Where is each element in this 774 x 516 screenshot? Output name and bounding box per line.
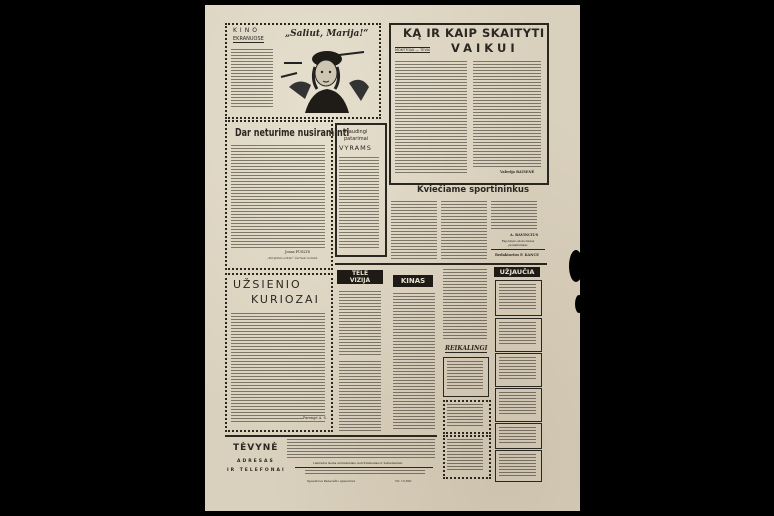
masthead-print-info-text (305, 470, 425, 476)
kino-illustration (279, 43, 373, 113)
tips-title-line3: VYRAMS (339, 144, 372, 152)
condolence-notice-6-text (499, 454, 536, 476)
kino-section-label: KINO (233, 27, 260, 34)
condolence-notice-1-text (499, 284, 536, 310)
reading-kicker: MOKYTOJAI — TĖVAI (395, 47, 430, 53)
kino-body-text (231, 49, 273, 109)
sports-title: Kviečiame sportininkus (417, 185, 529, 195)
tv-program-day2 (339, 361, 381, 433)
masthead-divider (295, 467, 433, 468)
tv-program-day1 (339, 291, 381, 355)
calm-author: Jonas PUSLYS (285, 250, 310, 254)
sports-author-role: Rajonkyko ėkonominės jaunalininkas (495, 239, 541, 247)
address-label-line1: ADRESAS (237, 459, 275, 464)
editor-name: Redaktorius P. KANCE (495, 253, 539, 257)
reading-title-line2: VAIKUI (451, 41, 519, 55)
tips-body-text (339, 157, 379, 249)
needed-ad-1-text (447, 361, 483, 391)
tv-logo: TELE VIZIJA (337, 270, 383, 284)
newspaper-page: KINO EKRANUOSE „Saliut, Marija!“ KĄ IR K… (205, 5, 580, 511)
cinema-program (393, 293, 435, 429)
tips-title-line2: patarimai (344, 136, 368, 142)
foreign-title-line1: UŽSIENIO (233, 278, 302, 291)
sports-body-col2 (441, 201, 487, 261)
footer-rule (225, 435, 437, 437)
reading-title-line1: KĄ IR KAIP SKAITYTI (403, 26, 545, 40)
masthead-address-text (287, 439, 435, 459)
needed-ad-3-text (447, 439, 483, 471)
masthead-order: Tir. 13.820 (395, 479, 411, 483)
editor-rule (491, 249, 545, 250)
sports-body-col1 (391, 201, 437, 261)
kino-title: „Saliut, Marija!“ (285, 29, 368, 39)
reading-body-col2 (473, 61, 541, 169)
torn-edge-2 (575, 295, 583, 313)
condolence-notice-2-text (499, 322, 536, 346)
condolence-notice-3-text (499, 357, 536, 381)
foreign-title-line2: KURIOZAI (251, 293, 320, 306)
tv-logo-line2: VIZIJA (337, 277, 383, 284)
masthead-name: TĖVYNĖ (233, 443, 278, 453)
sports-body-col3 (491, 201, 537, 229)
needed-ad-2-text (447, 404, 483, 426)
sports-author: A. BAVINCIUS (510, 233, 538, 237)
misc-listing (443, 269, 487, 339)
masthead-print-info: Spaustuvė Panevėžio spaustuvė (307, 479, 355, 483)
foreign-author: Parengė A. S. (303, 416, 327, 420)
cinema-logo: KINAS (393, 275, 433, 287)
condolences-title: UŽJAUČIA (494, 267, 540, 277)
masthead-subscription: Laikraštis išeina antradieniais, ketvirt… (313, 461, 403, 465)
condolence-notice-5-text (499, 427, 536, 443)
foreign-body-text (231, 313, 325, 423)
calm-source: „Tarybinio arklio“ žurnalo korekt. (267, 256, 318, 260)
tv-logo-line1: TELE (337, 270, 383, 277)
kino-section-sublabel: EKRANUOSE (233, 36, 264, 43)
reading-body-col1 (395, 61, 467, 175)
bottom-section-rule (335, 263, 547, 265)
condolence-notice-4-text (499, 392, 536, 416)
needed-title: REIKALINGI (445, 345, 487, 353)
calm-body-text (231, 145, 325, 249)
calm-title: Dar neturime nusiraminti (235, 127, 349, 139)
address-label-line2: IR TELEFONAI (227, 468, 286, 473)
reading-author: Valerija RATIENĖ (500, 170, 534, 174)
tips-title-line1: Naudingi (345, 129, 367, 135)
torn-edge (569, 250, 583, 282)
